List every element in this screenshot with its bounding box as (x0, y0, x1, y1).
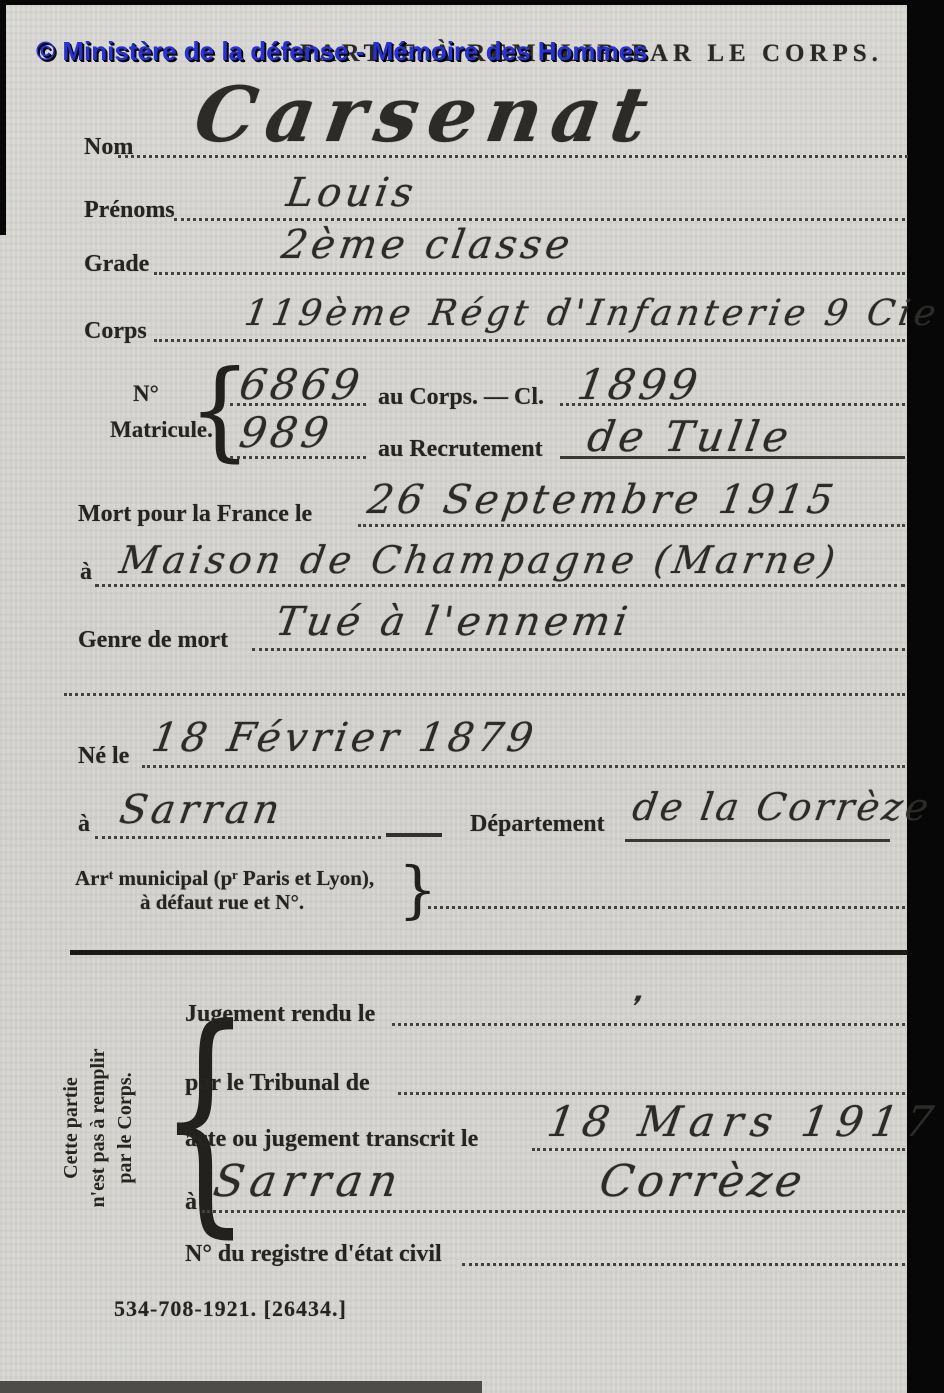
lieu-naissance-dash (386, 833, 442, 837)
jugement-line (392, 1023, 905, 1026)
mort-label: Mort pour la France le (78, 501, 312, 528)
departement-label: Département (470, 811, 605, 838)
marginal-note-line2: n'est pas à remplir (85, 1006, 112, 1250)
lieu-mort-value: Maison de Champagne (Marne) (117, 538, 842, 582)
lieu-naissance-label: à (78, 811, 90, 838)
lieu-mort-line (95, 584, 905, 587)
matricule-corps-number: 6869 (236, 360, 367, 409)
classe-value: 1899 (574, 360, 705, 409)
arrondissement-label-2: à défaut rue et N°. (140, 890, 304, 915)
prenoms-line (174, 218, 905, 221)
lieu-mort-label: à (80, 559, 92, 586)
record-card: PARTIE À REMPLIR PAR LE CORPS. © Ministè… (0, 0, 944, 1393)
prenoms-label: Prénoms (84, 197, 175, 224)
matricule-no-label: N° (133, 381, 159, 407)
spacer-line (64, 693, 905, 696)
genre-mort-label: Genre de mort (78, 627, 228, 654)
section-divider (70, 950, 908, 955)
marginal-note-line1: Cette partie (58, 1006, 85, 1250)
registre-label: N° du registre d'état civil (185, 1241, 442, 1268)
scan-edge-left (0, 0, 6, 235)
mort-line (358, 524, 905, 527)
naissance-label: Né le (78, 743, 129, 770)
naissance-value: 18 Février 1879 (148, 715, 540, 761)
arrondissement-line (428, 906, 905, 909)
naissance-line (142, 765, 905, 768)
tribunal-line (398, 1092, 905, 1095)
lieu-transcription-label: à (185, 1189, 197, 1216)
scan-edge-right (907, 0, 944, 1393)
genre-mort-value: Tué à l'ennemi (272, 599, 634, 645)
jugement-label: Jugement rendu le (185, 1001, 375, 1028)
transcription-value: 18 Mars 1917 (544, 1097, 944, 1146)
grade-value: 2ème classe (278, 222, 577, 268)
grade-line (154, 272, 905, 275)
imprint-text: 534-708-1921. [26434.] (114, 1296, 347, 1322)
arrondissement-brace: } (398, 854, 437, 926)
departement-line (625, 839, 890, 842)
lieu-naissance-line (95, 836, 381, 839)
lieu-transcription-value: Sarran (210, 1156, 407, 1207)
marginal-note-line3: par le Corps. (112, 1006, 139, 1250)
lieu-transcription-line (202, 1210, 905, 1213)
au-recrutement-label: au Recrutement (378, 436, 543, 463)
corps-line (154, 339, 905, 342)
registre-line (462, 1263, 905, 1266)
marginal-note: Cette partie n'est pas à remplir par le … (58, 1006, 142, 1250)
corps-label: Corps (84, 318, 147, 345)
lieu-naissance-value: Sarran (116, 787, 286, 833)
corps-value: 119ème Régt d'Infanterie 9 Cie (242, 293, 943, 334)
genre-mort-line (252, 648, 905, 651)
scan-edge-top (0, 0, 944, 5)
departement-value: de la Corrèze (630, 785, 935, 829)
grade-label: Grade (84, 251, 149, 278)
scan-edge-bottom (0, 1381, 482, 1393)
transcription-line (532, 1148, 905, 1151)
matricule-recrutement-line (230, 456, 366, 459)
transcription-label: acte ou jugement transcrit le (185, 1126, 478, 1153)
matricule-recrutement-number: 989 (236, 408, 336, 457)
classe-line (560, 403, 905, 406)
arrondissement-label-1: Arrᵗ municipal (pʳ Paris et Lyon), (75, 866, 374, 891)
nom-value: Carsenat (189, 70, 664, 159)
lieu-transcription-departement: Corrèze (596, 1156, 810, 1207)
watermark-text: © Ministère de la défense - Mémoire des … (36, 36, 648, 67)
lieu-recrutement-line (560, 456, 905, 459)
mort-value: 26 Septembre 1915 (364, 477, 840, 523)
matricule-corps-line (230, 403, 366, 406)
lieu-recrutement-value: de Tulle (584, 412, 796, 461)
prenoms-value: Louis (283, 170, 420, 216)
ink-mark: ❜ (625, 990, 643, 1023)
au-corps-label: au Corps. — Cl. (378, 384, 544, 411)
tribunal-label: par le Tribunal de (185, 1070, 370, 1097)
